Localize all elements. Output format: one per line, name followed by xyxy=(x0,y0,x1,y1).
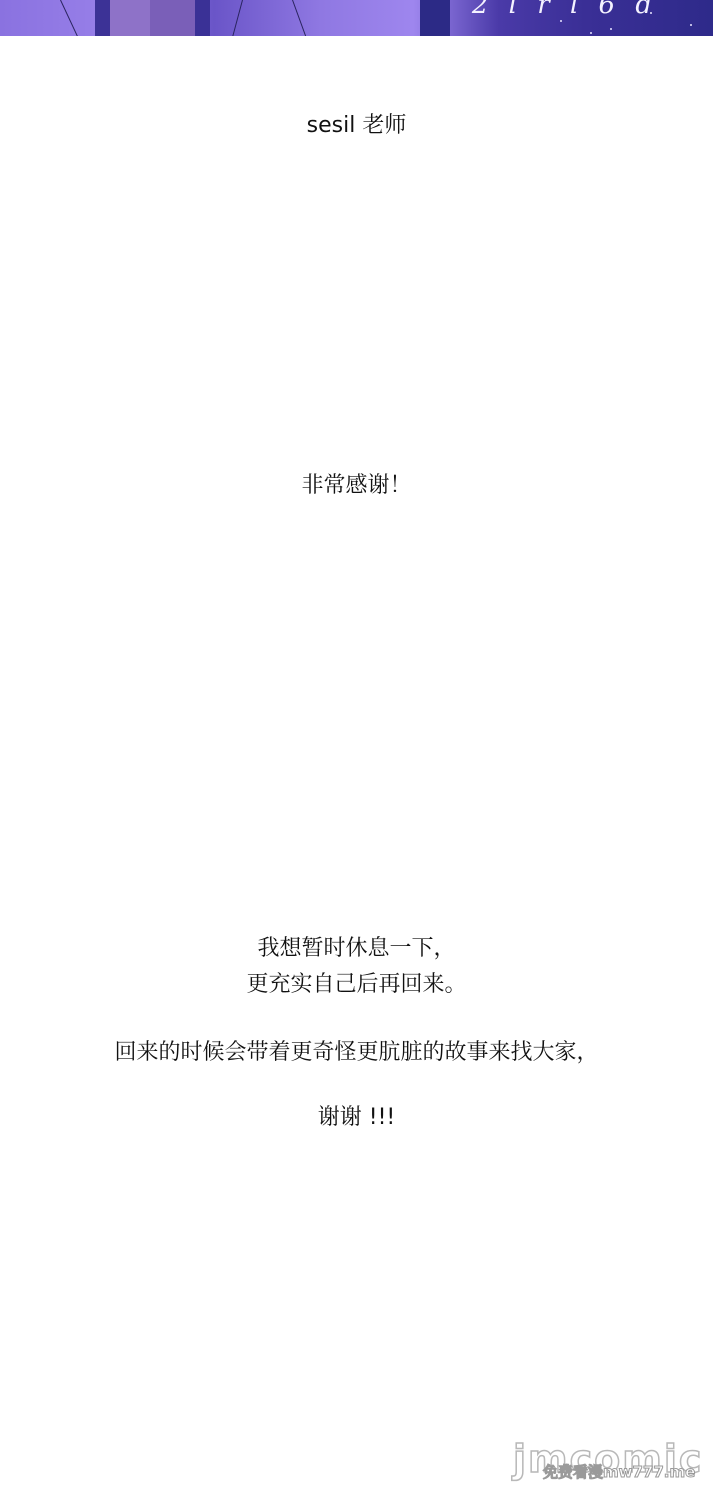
banner-shape xyxy=(150,0,200,36)
star-icon xyxy=(560,20,562,22)
watermark-tagline: 免费看漫mw777.me xyxy=(543,1461,695,1482)
return-message: 回来的时候会带着更奇怪更肮脏的故事来找大家， xyxy=(0,1035,713,1071)
banner-shape xyxy=(110,0,150,36)
banner-script-title: 2 l r l 6 d xyxy=(472,0,658,20)
banner-line xyxy=(60,0,78,36)
message-line: 更充实自己后再回来。 xyxy=(0,967,713,1003)
site-watermark: jmcomic 免费看漫mw777.me xyxy=(513,1439,703,1487)
star-icon xyxy=(690,24,692,26)
closing-text: 谢谢 !!! xyxy=(0,1100,713,1136)
message-line: 我想暂时休息一下， xyxy=(0,931,713,967)
banner-shape xyxy=(195,0,210,36)
comic-panel-banner: 2 l r l 6 d xyxy=(0,0,713,36)
message-block: 我想暂时休息一下， 更充实自己后再回来。 xyxy=(0,931,713,1003)
thanks-text: 非常感谢！ xyxy=(0,468,713,504)
banner-line xyxy=(232,0,243,36)
banner-shape xyxy=(420,0,450,36)
star-icon xyxy=(610,28,612,30)
banner-line xyxy=(292,0,307,36)
author-credit: sesil 老师 xyxy=(0,108,713,144)
star-icon xyxy=(590,32,592,34)
